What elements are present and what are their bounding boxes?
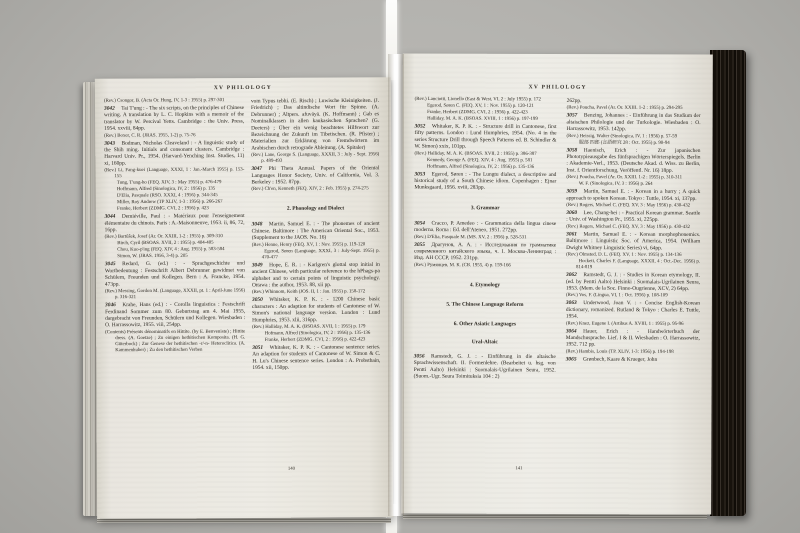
review-citation: Franke, Herbert (ZDMG. CVI, 2 : 1956) p.…: [415, 109, 557, 115]
review-citation: (Rev.) Poucha, Pavel (Ar. Or. XXIII. 1-2…: [567, 105, 701, 111]
entry-number: 3056: [414, 353, 425, 359]
entry-number: 3046: [105, 302, 116, 308]
review-citation: (Rev.) Rogers, Michael C. (FEQ. XV, 3 : …: [566, 223, 700, 229]
entry-number: 3051: [252, 344, 263, 350]
bib-entry: 3042Tai T'ung : - The six scripts, on th…: [104, 104, 244, 132]
section-heading: 4. Etymology: [414, 281, 556, 287]
bib-entry: 3051Whitaker, K. P. K. : - Cantonese sen…: [252, 344, 380, 371]
bib-entry: 3056Ramstedt, G. J. : - Einführung in di…: [414, 353, 556, 380]
left-page-columns: (Rev.) Csongor, B. (Acta Or. Hung. IV, 1…: [95, 90, 392, 372]
entry-number: 3063: [566, 300, 577, 306]
book-cover-fore-edge: [710, 50, 746, 516]
text-continuation: vom Typus tebhi. (E. Risch) ; Luwische K…: [251, 97, 379, 151]
right-page-content: XV PHILOLOGY (Rev.) Lanciotti, Lionello …: [401, 53, 713, 514]
entry-number: 3064: [566, 328, 577, 334]
book-gutter-highlight: [388, 54, 404, 516]
entry-number: 3052: [415, 123, 426, 129]
entry-number: 3059: [566, 188, 577, 194]
bib-entry: 3059Martin, Samuel E. : - Korean in a hu…: [566, 188, 700, 202]
page-number: 141: [515, 466, 522, 471]
photo-background: XV PHILOLOGY (Rev.) Csongor, B. (Acta Or…: [0, 0, 800, 533]
contents-note: (Contents) Présents dénominatifs en Hitt…: [105, 328, 245, 353]
running-head: XV PHILOLOGY: [403, 53, 713, 90]
review-citation: (Rev.) Boxer, C. R. (JRAS. 1955, 1-2) p.…: [104, 132, 244, 139]
review-citation: (Rev.) D'Elia, Pasquale M. (MS. XV, 2 : …: [414, 234, 556, 240]
review-citation: Egerod, Søren (Language, XXXI, 3 : July-…: [252, 248, 380, 261]
review-citation: (Rev.) Olmsted, D. L. (FEQ. XV, 1 : Nov.…: [566, 252, 700, 258]
review-citation: Hockett, Charles F. (Language, XXXII, 4 …: [566, 258, 700, 270]
review-citation: Chou, Kuo-p'ing (FEQ. XIV, 4 : Aug. 1955…: [105, 246, 245, 253]
right-page: XV PHILOLOGY (Rev.) Lanciotti, Lionello …: [401, 53, 713, 514]
review-citation: Hoffmann, Alfred (Sinologica, IV, 2 : 19…: [414, 163, 556, 169]
entry-number: 3050: [252, 297, 263, 303]
section-heading: 6. Other Asiatic Languages: [414, 320, 556, 326]
review-citation: Franke, Herbert (ZDMG. CVI, 2 : 1956) p.…: [252, 336, 380, 343]
entry-number: 3048: [252, 221, 263, 227]
left-page: XV PHILOLOGY (Rev.) Csongor, B. (Acta Or…: [95, 77, 393, 519]
bib-entry: 3058Haenisch, Erich : - Zur japanischen …: [566, 147, 700, 174]
review-citation: Simon, W. (JRAS. 1956, 3-4) p. 205: [105, 253, 245, 260]
bib-entry: 3048Martin, Samuel E. : - The phonemes o…: [252, 221, 380, 242]
review-citation: (Rev.) Henne, Henry (FEQ. XV, 1 : Nov. 1…: [252, 241, 380, 248]
left-page-bottom-edges: [97, 518, 391, 523]
review-citation: (Rev.) Knez, Eugene I. (Artibus A. XVIII…: [566, 320, 700, 326]
entry-number: 3055: [414, 241, 425, 247]
review-citation: (Rev.) Heissig, Walter (Sinologica, IV, …: [567, 133, 701, 139]
review-citation: (Rev.) Messing, Gordon M. (Language, XXX…: [105, 288, 245, 301]
right-page-columns: (Rev.) Lanciotti, Lionello (East & West,…: [402, 89, 713, 380]
bib-entry: 3061Martin, Samuel E. : - Korean morphop…: [566, 231, 700, 252]
entry-number: 3065: [566, 356, 577, 362]
bib-entry: 3065Grønbech, Kaare & Krueger, John: [566, 356, 700, 363]
review-citation: (Rev.) Csongor, B. (Acta Or. Hung. IV, 1…: [104, 97, 244, 104]
review-citation: (Rev.) Румянцев, М. К. (СВ. 1955, 4) p. …: [414, 262, 556, 268]
review-citation: (Rev.) Rogers, Michael C. (FEQ. XV, 3 : …: [566, 202, 700, 208]
review-citation: Halliday, M. A. K. (BSOAS. XVIII, 1 : 19…: [415, 116, 557, 122]
review-citation: (Rev.) Halliday, M. A. K. (BSOAS. XVII, …: [414, 150, 556, 156]
review-citation: (Rev.) Li, Fang-kuei (Language, XXXI, 1 …: [104, 167, 244, 180]
review-citation: 服部 四郎 (言語研究 28 : Oct. 1955) p. 90-94: [566, 139, 700, 145]
review-citation: (Rev.) Ch'en, Kenneth (FEQ. XIV, 2 : Feb…: [251, 186, 379, 193]
entry-number: 3045: [105, 261, 116, 267]
bib-entry: 3062Ramstedt, G. J. : - Studies in Korea…: [566, 272, 700, 293]
review-citation: (Rev.) Whinnom, Keith (JOS. II, 1 : Jan.…: [252, 288, 380, 295]
entry-number: 3042: [104, 105, 115, 111]
left-page-column-2: vom Typus tebhi. (E. Risch) ; Luwische K…: [251, 96, 380, 371]
bib-entry: 3064Hauer, Erich : - Handwörterbuch der …: [566, 328, 700, 349]
review-citation: W. F. (Sinologica, IV, 3 : 1956) p. 264: [566, 181, 700, 187]
bib-entry: 3063Underwood, Joan V. : - Concise Engli…: [566, 300, 700, 321]
bib-entry: 3054Cracco, P. Amedeo : - Grammatica del…: [414, 220, 556, 234]
entry-number: 3047: [251, 166, 262, 172]
review-citation: (Rev.) Lanciotti, Lionello (East & West,…: [415, 96, 557, 102]
entry-number: 3062: [566, 272, 577, 278]
bib-entry: 3052Whitaker, K. P. K. : - Structure dri…: [414, 123, 556, 150]
section-heading: 3. Grammar: [414, 204, 556, 210]
entry-number: 3049: [252, 262, 263, 268]
left-page-column-1: (Rev.) Csongor, B. (Acta Or. Hung. IV, 1…: [104, 96, 245, 372]
entry-number: 3060: [566, 210, 577, 216]
entry-number: 3044: [105, 213, 116, 219]
bib-entry: 3044Demiéville, Paul : - Matériaux pour …: [105, 213, 245, 234]
left-page-content: XV PHILOLOGY (Rev.) Csongor, B. (Acta Or…: [95, 77, 393, 519]
right-page-column-1: (Rev.) Lanciotti, Lionello (East & West,…: [414, 96, 557, 381]
bib-entry: 3053Egerod, Søren : - The Lungtu dialect…: [414, 171, 556, 192]
review-citation: (Rev.) Vos, F. (Lingua, VI, 1 : Oct. 195…: [566, 292, 700, 298]
subsection-heading: Ural-Altaic: [414, 338, 556, 344]
bib-entry: 3055Драгунов, А. А. : - Исследования по …: [414, 241, 556, 262]
bib-entry: 3047Phi Theta Annual. Papers of the Orie…: [251, 165, 379, 186]
text-continuation: 262pp.: [567, 98, 701, 105]
review-citation: (Rev.) Hambis, Louis (TP. XLIV, 1-3: 195…: [566, 348, 700, 354]
right-page-bottom-edges: [403, 514, 707, 519]
bib-entry: 3046Krahe, Hans (ed.) : - Corolla lingui…: [105, 301, 245, 329]
review-citation: Kennedy, George A. (FEQ. XIV, 4 : Aug. 1…: [414, 157, 556, 163]
bib-entry: 3045Redard, G. (ed.) : - Sprachgeschicht…: [105, 260, 245, 288]
right-page-column-2: 262pp.(Rev.) Poucha, Pavel (Ar. Or. XXII…: [566, 96, 701, 381]
section-heading: 5. The Chinese Language Reform: [414, 301, 556, 307]
entry-number: 3058: [566, 147, 577, 153]
bib-entry: 3060Lee, Chang-hei : - Practical Korean …: [566, 210, 700, 224]
bib-entry: 3057Benzing, Johannes : - Einführung in …: [567, 112, 701, 133]
review-citation: (Rev.) Lane, George S. (Language, XXXII,…: [251, 151, 379, 164]
review-citation: Egerod, Søren C. (FEQ. XV, 1 : Nov. 1955…: [415, 103, 557, 109]
entry-number: 3053: [414, 171, 425, 177]
entry-number: 3054: [414, 220, 425, 226]
section-heading: 2. Phonology and Dialect: [252, 205, 380, 212]
entry-number: 3057: [567, 112, 578, 118]
entry-number: 3061: [566, 231, 577, 237]
bib-entry: 3049Hope, E. R. : - Karlgren's glottal s…: [252, 261, 380, 288]
bib-entry: 3043Bodman, Nicholas Cleaveland : - A li…: [104, 139, 244, 167]
page-number: 140: [288, 466, 295, 471]
review-citation: Franke, Herbert (ZDMG. CVI, 2 : 1956) p.…: [105, 205, 245, 212]
entry-number: 3043: [104, 140, 115, 146]
bib-entry: 3050Whitaker, K. P. K. : - 1200 Chinese …: [252, 296, 380, 323]
review-citation: (Rev.) Poucha, Pavel (Ar. Or. XXIII. 1-2…: [566, 174, 700, 180]
